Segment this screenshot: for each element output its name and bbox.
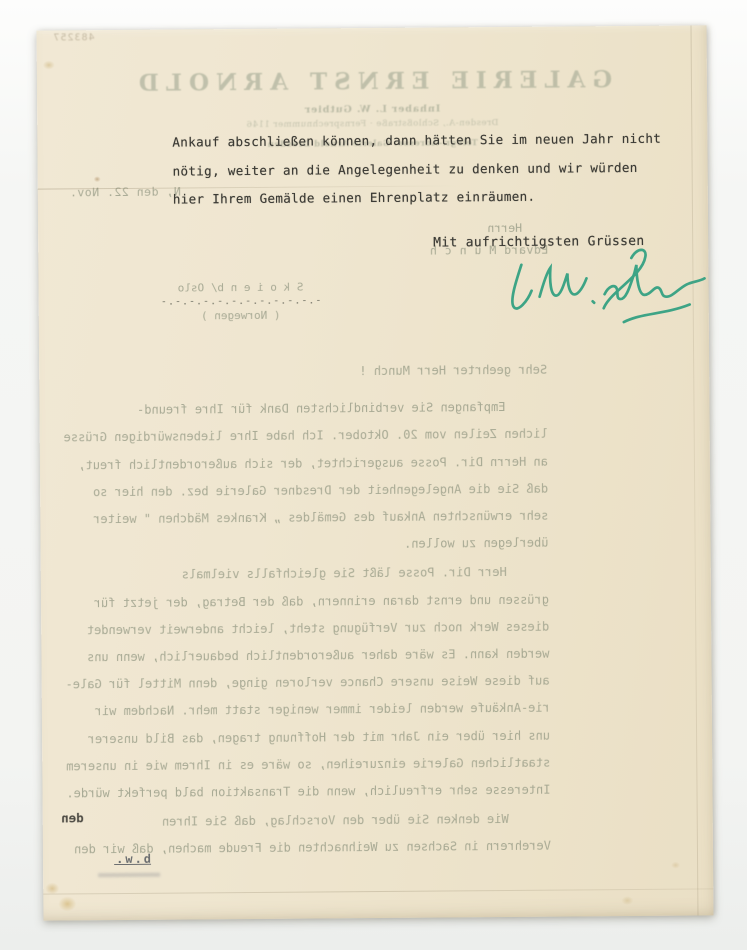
signature-stroke-dot — [593, 301, 595, 303]
scanned-letter-page: 483257 GALERIE ERNST ARNOLD Inhaber L. W… — [0, 0, 747, 950]
body-bleed-line: sehr erwünschten Ankauf des Gemäldes „ K… — [48, 503, 548, 534]
letter-paper-sheet: 483257 GALERIE ERNST ARNOLD Inhaber L. W… — [37, 25, 714, 920]
signature-stroke-loop — [603, 250, 646, 308]
typed-paragraph: Ankauf abschließen können, dann hätten S… — [172, 125, 663, 215]
foxing-stain — [621, 896, 633, 905]
letterhead-owner-line: Inhaber L. W. Gutbier — [92, 102, 652, 117]
address-bleedthrough: S k o i e n b/ Oslo -.-.-.-.-.-.-.-.-.-.… — [133, 280, 347, 324]
body-bleed-line: uns hier über ein Jahr mit der Hoffnung … — [50, 722, 550, 753]
body-bleed-line: an Herrn Dir. Posse ausgerichtet, der si… — [48, 448, 548, 479]
body-bleedthrough: Sehr geehrter Herr Munch !Empfangen Sie … — [47, 357, 551, 865]
fold-crease-bottom — [43, 888, 713, 894]
body-bleed-line: überlegen zu wollen. — [48, 530, 548, 561]
body-bleed-line: grüssen und ernst daran erinnern, daß de… — [49, 586, 549, 617]
signature-stroke-l — [512, 265, 532, 309]
body-bleed-line: lichen Zeilen vom 20. Oktober. Ich habe … — [48, 421, 548, 452]
body-bleed-line: Wie denken Sie über den Vorschlag, daß S… — [51, 806, 551, 837]
foxing-stain — [58, 896, 76, 911]
body-bleed-line: auf diese Weise unsere Chance verloren g… — [50, 668, 550, 699]
body-bleed-line: daß Sie die Angelegenheit der Dresdner G… — [48, 475, 548, 506]
body-bleed-line: dieses Werk noch zur Verfügung steht, le… — [49, 613, 549, 644]
address-country: ( Norwegen ) — [134, 308, 348, 324]
body-bleed-line: rie-Ankäufe werden leider immer weniger … — [50, 695, 550, 726]
offset-ink-word: den — [48, 810, 84, 825]
foxing-stain — [43, 61, 55, 70]
body-bleed-line: Herr Dir. Posse läßt Sie gleichfalls vie… — [49, 559, 549, 590]
fold-crease-vertical — [690, 26, 698, 916]
signature-stroke-w — [539, 267, 586, 296]
body-bleed-line: Interesse sehr erfreulich, wenn die Tran… — [50, 777, 550, 808]
letterhead-gallery-name: GALERIE ERNST ARNOLD — [92, 66, 652, 97]
body-bleed-line: Sehr geehrter Herr Munch ! — [47, 357, 547, 388]
signature-gutbier — [501, 243, 716, 345]
foxing-stain — [94, 176, 101, 182]
pencil-inventory-number: 483257 — [37, 32, 95, 43]
foxing-stain — [671, 862, 680, 869]
body-bleed-line: werden kann. Es wäre daher außerordentli… — [49, 641, 549, 672]
signature-stroke-flourish — [624, 305, 690, 323]
signature-stroke-scrawl — [604, 264, 704, 299]
turn-note-smudge — [98, 873, 160, 877]
turn-over-note: b.w. — [95, 852, 151, 866]
typed-line-1: Ankauf abschließen können, dann hätten S… — [172, 125, 662, 157]
body-bleed-line: Empfangen Sie verbindlichsten Dank für I… — [47, 394, 547, 425]
typed-line-2: nötig, weiter an die Angelegenheit zu de… — [173, 153, 663, 185]
body-bleed-line: staatlichen Galerie einzureihen, so wäre… — [50, 749, 550, 780]
foxing-stain — [45, 882, 59, 894]
